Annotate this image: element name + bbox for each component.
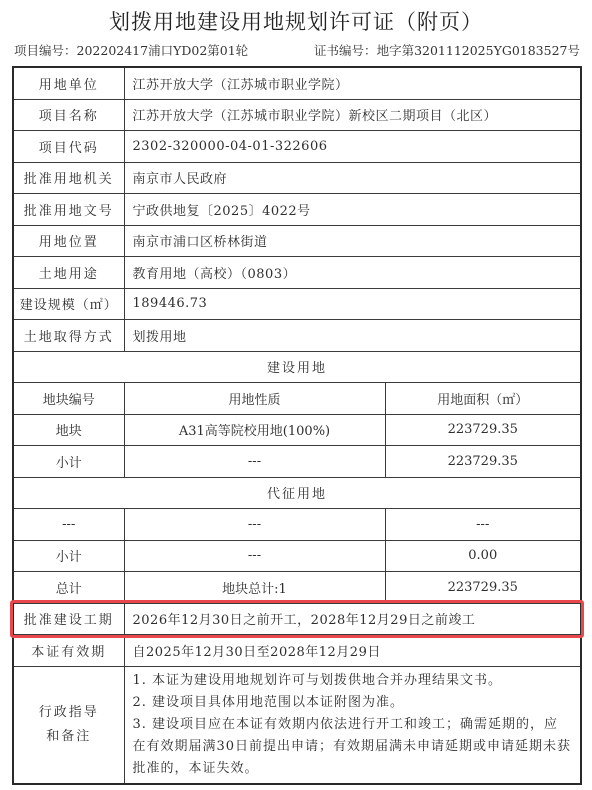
project-number-value: 202202417浦口YD02第01轮 [77, 43, 249, 58]
document-title: 划拨用地建设用地规划许可证（附页） [0, 6, 592, 36]
table-cell: 223729.35 [385, 414, 581, 446]
info-label: 建设规模（㎡） [13, 288, 124, 320]
notes-content: 1. 本证为建设用地规划许可与划拨供地合并办理结果文书。 2. 建设项目具体用地… [124, 666, 581, 784]
construction-land-section: 建设用地 [13, 351, 581, 383]
info-label: 用地位置 [13, 225, 124, 257]
table-row: 小计 --- 223729.35 [13, 446, 581, 478]
table-cell: 地块总计:1 [124, 572, 385, 604]
info-row-approval-authority: 批准用地机关 南京市人民政府 [13, 162, 581, 194]
table-row: 小计 --- 0.00 [13, 540, 581, 572]
section-title: 代征用地 [13, 477, 581, 509]
table-cell: 0.00 [385, 540, 581, 572]
column-header: 用地性质 [124, 383, 385, 415]
table-cell: 地块 [13, 414, 124, 446]
info-row-construction-scale: 建设规模（㎡） 189446.73 [13, 288, 581, 320]
notes-label-line: 行政指导 [14, 701, 124, 725]
table-cell: 223729.35 [385, 572, 581, 604]
certificate-number: 证书编号：地字第3201112025YG0183527号 [314, 41, 580, 59]
info-label: 项目代码 [13, 131, 124, 163]
table-cell: --- [385, 509, 581, 541]
table-cell: --- [13, 509, 124, 541]
project-number-label: 项目编号： [14, 43, 77, 58]
expropriation-land-section: 代征用地 [13, 477, 581, 509]
info-row-land-unit: 用地单位 江苏开放大学（江苏城市职业学院） [13, 67, 581, 99]
table-row: --- --- --- [13, 509, 581, 541]
info-label: 项目名称 [13, 99, 124, 131]
notes-label: 行政指导 和备注 [13, 666, 124, 784]
notes-label-line: 和备注 [14, 725, 124, 749]
validity-period-row: 本证有效期 自2025年12月30日至2028年12月29日 [13, 635, 581, 667]
info-value: 江苏开放大学（江苏城市职业学院） [124, 67, 581, 99]
info-value: 江苏开放大学（江苏城市职业学院）新校区二期项目（北区） [124, 99, 581, 131]
certificate-number-value: 地字第3201112025YG0183527号 [377, 43, 580, 58]
info-value: 教育用地（高校）（0803） [124, 257, 581, 289]
info-label: 用地单位 [13, 67, 124, 99]
period-label: 本证有效期 [13, 635, 124, 667]
info-value: 宁政供地复〔2025〕4022号 [124, 194, 581, 226]
info-label: 批准用地机关 [13, 162, 124, 194]
info-value: 189446.73 [124, 288, 581, 320]
table-cell: --- [124, 540, 385, 572]
info-label: 土地用途 [13, 257, 124, 289]
table-cell: --- [124, 509, 385, 541]
table-row: 地块 A31高等院校用地(100%) 223729.35 [13, 414, 581, 446]
info-value: 2302-320000-04-01-322606 [124, 131, 581, 163]
table-row-total: 总计 地块总计:1 223729.35 [13, 572, 581, 604]
column-header: 用地面积（㎡） [385, 383, 581, 415]
info-value: 南京市浦口区桥林街道 [124, 225, 581, 257]
column-header: 地块编号 [13, 383, 124, 415]
table-cell: A31高等院校用地(100%) [124, 414, 385, 446]
project-number: 项目编号：202202417浦口YD02第01轮 [14, 41, 248, 59]
table-cell: 小计 [13, 446, 124, 478]
construction-land-header: 地块编号 用地性质 用地面积（㎡） [13, 383, 581, 415]
info-row-project-code: 项目代码 2302-320000-04-01-322606 [13, 131, 581, 163]
table-cell: 223729.35 [385, 446, 581, 478]
period-value: 自2025年12月30日至2028年12月29日 [124, 635, 581, 667]
table-cell: --- [124, 446, 385, 478]
info-row-project-name: 项目名称 江苏开放大学（江苏城市职业学院）新校区二期项目（北区） [13, 99, 581, 131]
info-value: 划拨用地 [124, 320, 581, 352]
period-label: 批准建设工期 [13, 603, 124, 635]
info-value: 南京市人民政府 [124, 162, 581, 194]
info-label: 土地取得方式 [13, 320, 124, 352]
info-row-land-location: 用地位置 南京市浦口区桥林街道 [13, 225, 581, 257]
certificate-number-label: 证书编号： [314, 43, 377, 58]
table-cell: 总计 [13, 572, 124, 604]
info-label: 批准用地文号 [13, 194, 124, 226]
notes-row: 行政指导 和备注 1. 本证为建设用地规划许可与划拨供地合并办理结果文书。 2.… [13, 666, 581, 784]
construction-period-row: 批准建设工期 2026年12月30日之前开工，2028年12月29日之前竣工 [13, 603, 581, 635]
info-row-land-use: 土地用途 教育用地（高校）（0803） [13, 257, 581, 289]
table-cell: 小计 [13, 540, 124, 572]
info-row-acquisition-method: 土地取得方式 划拨用地 [13, 320, 581, 352]
note-item: 1. 本证为建设用地规划许可与划拨供地合并办理结果文书。 [133, 670, 573, 692]
section-title: 建设用地 [13, 351, 581, 383]
period-value: 2026年12月30日之前开工，2028年12月29日之前竣工 [124, 603, 581, 635]
info-row-approval-doc-number: 批准用地文号 宁政供地复〔2025〕4022号 [13, 194, 581, 226]
note-item: 2. 建设项目具体用地范围以本证附图为准。 [133, 692, 573, 714]
note-item: 3. 建设项目应在本证有效期内依法进行开工和竣工；确需延期的，应在有效期届满30… [133, 714, 573, 780]
permit-table: 用地单位 江苏开放大学（江苏城市职业学院） 项目名称 江苏开放大学（江苏城市职业… [12, 66, 582, 785]
